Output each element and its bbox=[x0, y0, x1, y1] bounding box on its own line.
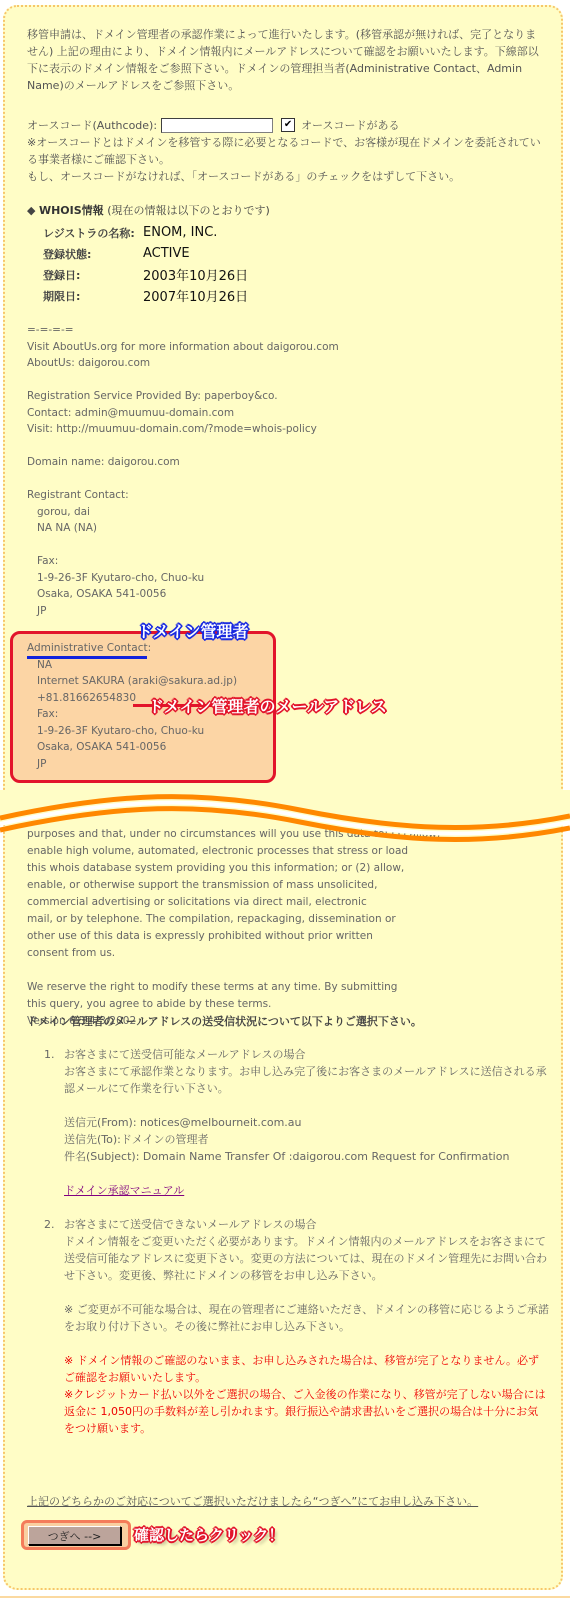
email-from: 送信元(From): notices@melbourneit.com.au bbox=[64, 1114, 549, 1131]
divider bbox=[0, 1596, 570, 1598]
whois-title: WHOIS情報 bbox=[39, 204, 104, 217]
authcode-label: オースコード(Authcode): bbox=[27, 117, 157, 133]
admin-contact-underline bbox=[27, 656, 147, 659]
option-body: お客さまにて承認作業となります。お申し込み完了後にお客さまのメールアドレスに送信… bbox=[64, 1063, 549, 1097]
selection-list: 1. お客さまにて送受信可能なメールアドレスの場合 お客さまにて承認作業となりま… bbox=[44, 1046, 549, 1437]
list-item: 1. お客さまにて送受信可能なメールアドレスの場合 お客さまにて承認作業となりま… bbox=[44, 1046, 549, 1216]
whois-row-registrar: レジストラの名称:ENOM, INC. bbox=[43, 222, 248, 243]
approval-manual-link[interactable]: ドメイン承認マニュアル bbox=[64, 1184, 184, 1197]
final-instruction: 上記のどちらかのご対応についてご選択いただけましたら“つぎへ”にてお申し込み下さ… bbox=[27, 1493, 478, 1509]
warning-text: ※クレジットカード払い以外をご選択の場合、ご入金後の作業になり、移管が完了しない… bbox=[64, 1386, 549, 1437]
selection-heading: ドメイン管理者のメールアドレスの送受信状況について以下よりご選択下さい。 bbox=[27, 1013, 422, 1029]
list-item: 2. お客さまにて送受信できないメールアドレスの場合 ドメイン情報をご変更いただ… bbox=[44, 1216, 549, 1437]
whois-subtitle: (現在の情報は以下のとおりです) bbox=[107, 204, 270, 217]
warning-text: ※ ドメイン情報のご確認のないまま、お申し込みされた場合は、移管が完了となりませ… bbox=[64, 1352, 549, 1386]
authcode-input[interactable] bbox=[161, 118, 273, 133]
whois-value: 2003年10月26日 bbox=[143, 265, 248, 284]
intro-text: 移管申請は、ドメイン管理者の承認作業によって進行いたします。(移管承認が無ければ… bbox=[27, 26, 547, 94]
whois-label: 期限日: bbox=[43, 288, 143, 304]
authcode-note-line2: もし、オースコードがなければ、「オースコードがある」のチェックをはずして下さい。 bbox=[27, 168, 547, 185]
diamond-bullet-icon: ◆ bbox=[27, 204, 35, 217]
option-title: お客さまにて送受信できないメールアドレスの場合 bbox=[64, 1216, 549, 1233]
whois-label: 登録状態: bbox=[43, 246, 143, 262]
authcode-checkbox-label: オースコードがある bbox=[301, 117, 399, 133]
email-subject: 件名(Subject): Domain Name Transfer Of :da… bbox=[64, 1148, 549, 1165]
option-title: お客さまにて送受信可能なメールアドレスの場合 bbox=[64, 1046, 549, 1063]
whois-label: レジストラの名称: bbox=[43, 225, 143, 241]
torn-break-wave bbox=[0, 790, 570, 850]
whois-row-expires: 期限日:2007年10月26日 bbox=[43, 285, 248, 306]
next-button[interactable]: つぎへ --> bbox=[28, 1526, 121, 1545]
whois-value: ENOM, INC. bbox=[143, 225, 217, 240]
click-annotation-label: 確認したらクリック！ bbox=[134, 1524, 283, 1545]
email-to: 送信先(To):ドメインの管理者 bbox=[64, 1131, 549, 1148]
authcode-row: オースコード(Authcode): ✔ オースコードがある bbox=[27, 117, 400, 133]
list-number: 1. bbox=[44, 1046, 64, 1216]
whois-value: 2007年10月26日 bbox=[143, 286, 248, 305]
whois-terms-text: purposes and that, under no circumstance… bbox=[27, 826, 440, 1030]
option-note: ※ ご変更が不可能な場合は、現在の管理者にご連絡いただき、ドメインの移管に応じる… bbox=[64, 1301, 549, 1335]
authcode-note: ※オースコードとはドメインを移管する際に必要となるコードで、お客様が現在ドメイン… bbox=[27, 134, 547, 185]
option-body: ドメイン情報をご変更いただく必要があります。ドメイン情報内のメールアドレスをお客… bbox=[64, 1233, 549, 1284]
list-number: 2. bbox=[44, 1216, 64, 1437]
admin-annotation-label: ドメイン管理者 bbox=[137, 619, 249, 642]
authcode-note-line1: ※オースコードとはドメインを移管する際に必要となるコードで、お客様が現在ドメイン… bbox=[27, 134, 547, 168]
whois-value: ACTIVE bbox=[143, 246, 190, 261]
whois-row-status: 登録状態:ACTIVE bbox=[43, 243, 248, 264]
authcode-checkbox[interactable]: ✔ bbox=[281, 118, 295, 132]
whois-row-created: 登録日:2003年10月26日 bbox=[43, 264, 248, 285]
whois-summary-table: レジストラの名称:ENOM, INC. 登録状態:ACTIVE 登録日:2003… bbox=[43, 222, 248, 306]
email-annotation-label: ドメイン管理者のメールアドレス bbox=[148, 694, 387, 717]
whois-raw-text: =-=-=-= Visit AboutUs.org for more infor… bbox=[27, 322, 339, 619]
whois-label: 登録日: bbox=[43, 267, 143, 283]
whois-heading: ◆ WHOIS情報 (現在の情報は以下のとおりです) bbox=[27, 202, 270, 218]
